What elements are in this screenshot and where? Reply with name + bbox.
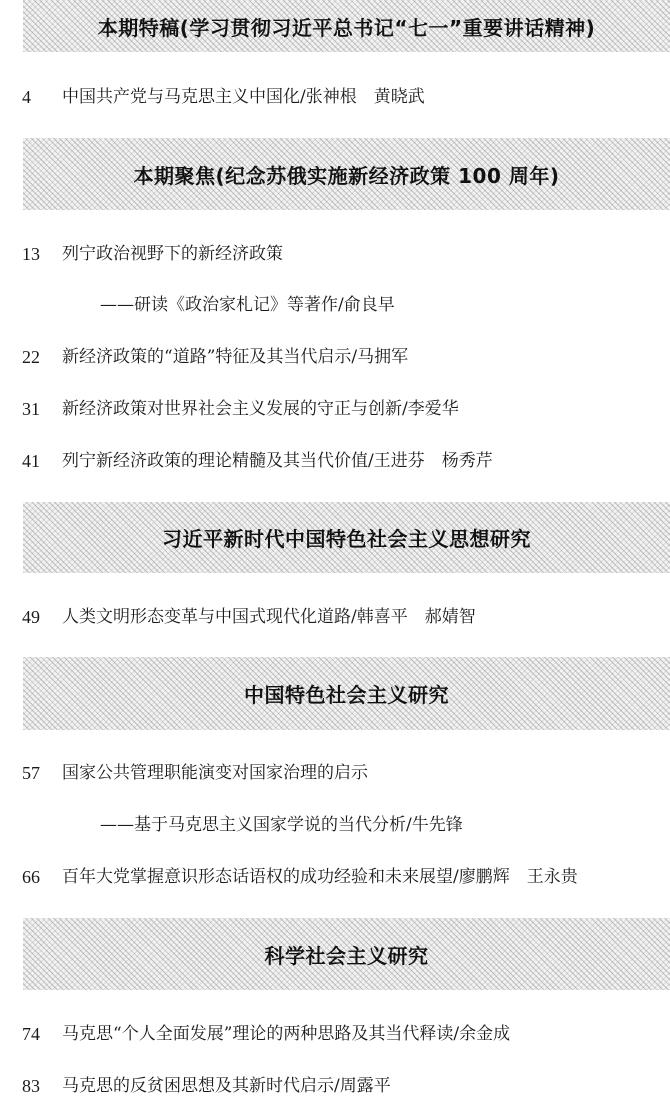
- toc-entry[interactable]: 83 马克思的反贫困思想及其新时代启示/周露平: [0, 1073, 670, 1099]
- page-number: 13: [22, 241, 58, 267]
- article-title: 马克思的反贫困思想及其新时代启示/周露平: [62, 1073, 391, 1099]
- article-title: 马克思“个人全面发展”理论的两种思路及其当代释读/余金成: [62, 1021, 510, 1047]
- article-title: 新经济政策的“道路”特征及其当代启示/马拥军: [62, 344, 408, 370]
- section-heading: 中国特色社会主义研究: [244, 679, 449, 708]
- toc-entry[interactable]: 22 新经济政策的“道路”特征及其当代启示/马拥军: [0, 344, 670, 370]
- page-number: 22: [22, 344, 58, 370]
- toc-entry[interactable]: 66 百年大党掌握意识形态话语权的成功经验和未来展望/廖鹏辉 王永贵: [0, 864, 670, 890]
- toc-entry[interactable]: 31 新经济政策对世界社会主义发展的守正与创新/李爱华: [0, 396, 670, 422]
- article-subtitle: ——研读《政治家札记》等著作/俞良早: [100, 292, 395, 318]
- section-banner-focus: 本期聚焦(纪念苏俄实施新经济政策 100 周年): [23, 138, 670, 210]
- section-banner-xi-thought: 习近平新时代中国特色社会主义思想研究: [23, 502, 670, 573]
- section-banner-scientific-socialism: 科学社会主义研究: [23, 918, 670, 990]
- article-title: 国家公共管理职能演变对国家治理的启示: [62, 760, 368, 786]
- page-number: 31: [22, 396, 58, 422]
- article-title: 列宁政治视野下的新经济政策: [62, 241, 283, 267]
- article-title: 人类文明形态变革与中国式现代化道路/韩喜平 郝婧智: [62, 604, 476, 630]
- section-heading: 科学社会主义研究: [265, 940, 429, 969]
- toc-entry-subtitle[interactable]: ——研读《政治家札记》等著作/俞良早: [0, 292, 670, 318]
- article-title: 列宁新经济政策的理论精髓及其当代价值/王进芬 杨秀芹: [62, 448, 493, 474]
- page-number: 66: [22, 864, 58, 890]
- page-number: 49: [22, 604, 58, 630]
- toc-entry[interactable]: 13 列宁政治视野下的新经济政策: [0, 241, 670, 267]
- toc-entry[interactable]: 4 中国共产党与马克思主义中国化/张神根 黄晓武: [0, 84, 670, 110]
- page-number: 83: [22, 1073, 58, 1099]
- section-banner-special-feature: 本期特稿(学习贯彻习近平总书记“七一”重要讲话精神): [23, 0, 670, 52]
- toc-entry[interactable]: 49 人类文明形态变革与中国式现代化道路/韩喜平 郝婧智: [0, 604, 670, 630]
- section-heading: 习近平新时代中国特色社会主义思想研究: [162, 523, 531, 552]
- page-number: 74: [22, 1021, 58, 1047]
- article-title: 百年大党掌握意识形态话语权的成功经验和未来展望/廖鹏辉 王永贵: [62, 864, 578, 890]
- section-heading: 本期聚焦(纪念苏俄实施新经济政策 100 周年): [134, 160, 560, 189]
- toc-entry[interactable]: 41 列宁新经济政策的理论精髓及其当代价值/王进芬 杨秀芹: [0, 448, 670, 474]
- toc-entry-subtitle[interactable]: ——基于马克思主义国家学说的当代分析/牛先锋: [0, 812, 670, 838]
- toc-entry[interactable]: 57 国家公共管理职能演变对国家治理的启示: [0, 760, 670, 786]
- page-number: 57: [22, 760, 58, 786]
- page-number: 41: [22, 448, 58, 474]
- article-subtitle: ——基于马克思主义国家学说的当代分析/牛先锋: [100, 812, 463, 838]
- section-banner-chinese-socialism: 中国特色社会主义研究: [23, 657, 670, 730]
- toc-entry[interactable]: 74 马克思“个人全面发展”理论的两种思路及其当代释读/余金成: [0, 1021, 670, 1047]
- page-number: 4: [22, 84, 58, 110]
- article-title: 中国共产党与马克思主义中国化/张神根 黄晓武: [62, 84, 425, 110]
- section-heading: 本期特稿(学习贯彻习近平总书记“七一”重要讲话精神): [98, 12, 596, 41]
- article-title: 新经济政策对世界社会主义发展的守正与创新/李爱华: [62, 396, 459, 422]
